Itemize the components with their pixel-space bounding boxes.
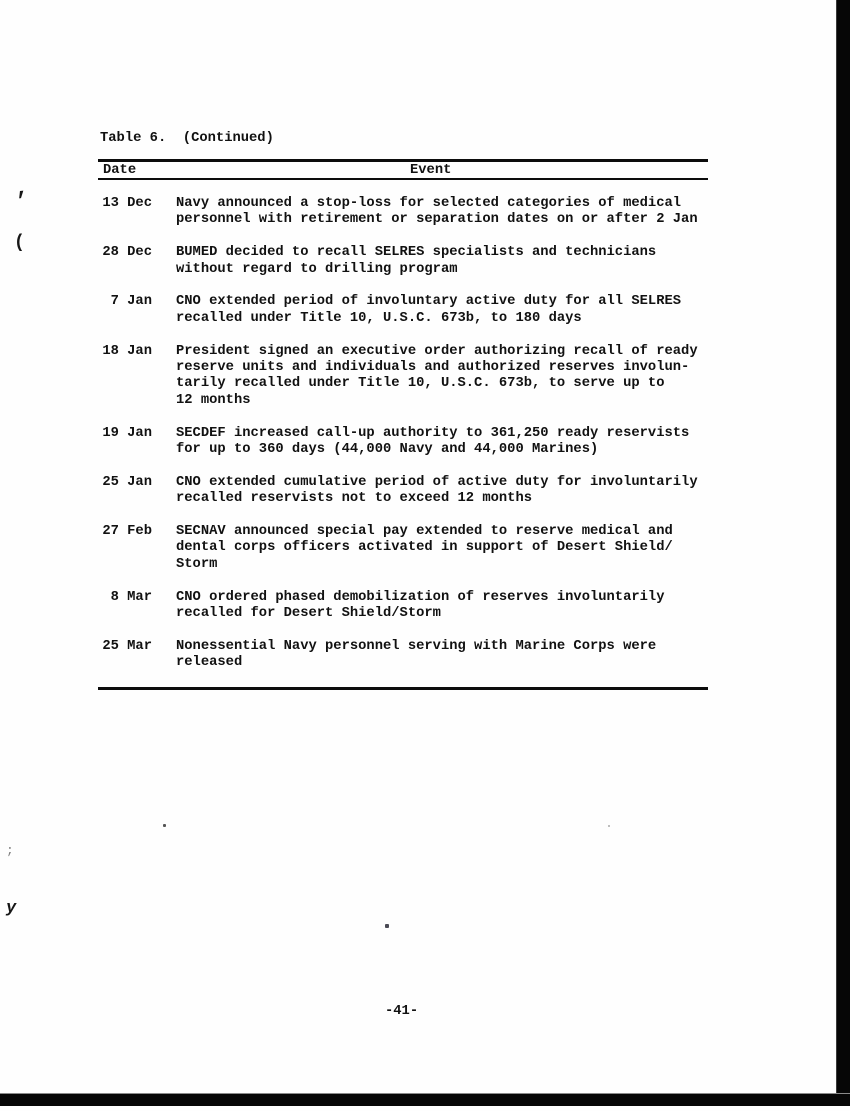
ink-mark: ,: [13, 175, 30, 202]
table-bottom-rule: [98, 687, 708, 690]
table-row: 25 Jan CNO extended cumulative period of…: [100, 475, 716, 508]
column-header-event: Event: [410, 163, 451, 178]
scan-border-bottom: [0, 1093, 850, 1106]
event-date: 19 Jan: [100, 426, 152, 459]
event-table-body: 13 Dec Navy announced a stop-loss for se…: [100, 196, 716, 688]
event-date: 27 Feb: [100, 524, 152, 573]
table-row: 13 Dec Navy announced a stop-loss for se…: [100, 196, 716, 229]
event-date: 18 Jan: [100, 344, 152, 410]
scan-speck: [163, 824, 166, 827]
event-date: 7 Jan: [100, 294, 152, 327]
column-header-date: Date: [103, 163, 136, 178]
table-row: 28 Dec BUMED decided to recall SELRES sp…: [100, 245, 716, 278]
table-row: 18 Jan President signed an executive ord…: [100, 344, 716, 410]
table-header-underline: [98, 178, 708, 180]
table-top-rule: [98, 159, 708, 162]
scan-speck: [385, 924, 389, 928]
page-number: -41-: [385, 1004, 418, 1019]
event-date: 8 Mar: [100, 590, 152, 623]
event-description: SECDEF increased call-up authority to 36…: [176, 426, 716, 459]
event-description: Navy announced a stop-loss for selected …: [176, 196, 716, 229]
table-row: 7 Jan CNO extended period of involuntary…: [100, 294, 716, 327]
event-description: CNO extended period of involuntary activ…: [176, 294, 716, 327]
scan-speck: [608, 825, 610, 827]
event-date: 28 Dec: [100, 245, 152, 278]
scan-border-right: [836, 0, 850, 1105]
event-description: BUMED decided to recall SELRES specialis…: [176, 245, 716, 278]
table-row: 25 Mar Nonessential Navy personnel servi…: [100, 639, 716, 672]
ink-mark: ;: [6, 843, 14, 858]
event-date: 25 Jan: [100, 475, 152, 508]
table-caption: Table 6. (Continued): [100, 131, 274, 146]
ink-mark: y: [6, 899, 16, 918]
event-description: President signed an executive order auth…: [176, 344, 716, 410]
event-description: CNO extended cumulative period of active…: [176, 475, 716, 508]
event-date: 25 Mar: [100, 639, 152, 672]
scanned-document-page: Table 6. (Continued) Date Event 13 Dec N…: [0, 0, 850, 1111]
event-date: 13 Dec: [100, 196, 152, 229]
table-row: 8 Mar CNO ordered phased demobilization …: [100, 590, 716, 623]
event-description: SECNAV announced special pay extended to…: [176, 524, 716, 573]
event-description: Nonessential Navy personnel serving with…: [176, 639, 716, 672]
event-description: CNO ordered phased demobilization of res…: [176, 590, 716, 623]
ink-mark: (: [14, 233, 25, 253]
table-row: 27 Feb SECNAV announced special pay exte…: [100, 524, 716, 573]
table-row: 19 Jan SECDEF increased call-up authorit…: [100, 426, 716, 459]
